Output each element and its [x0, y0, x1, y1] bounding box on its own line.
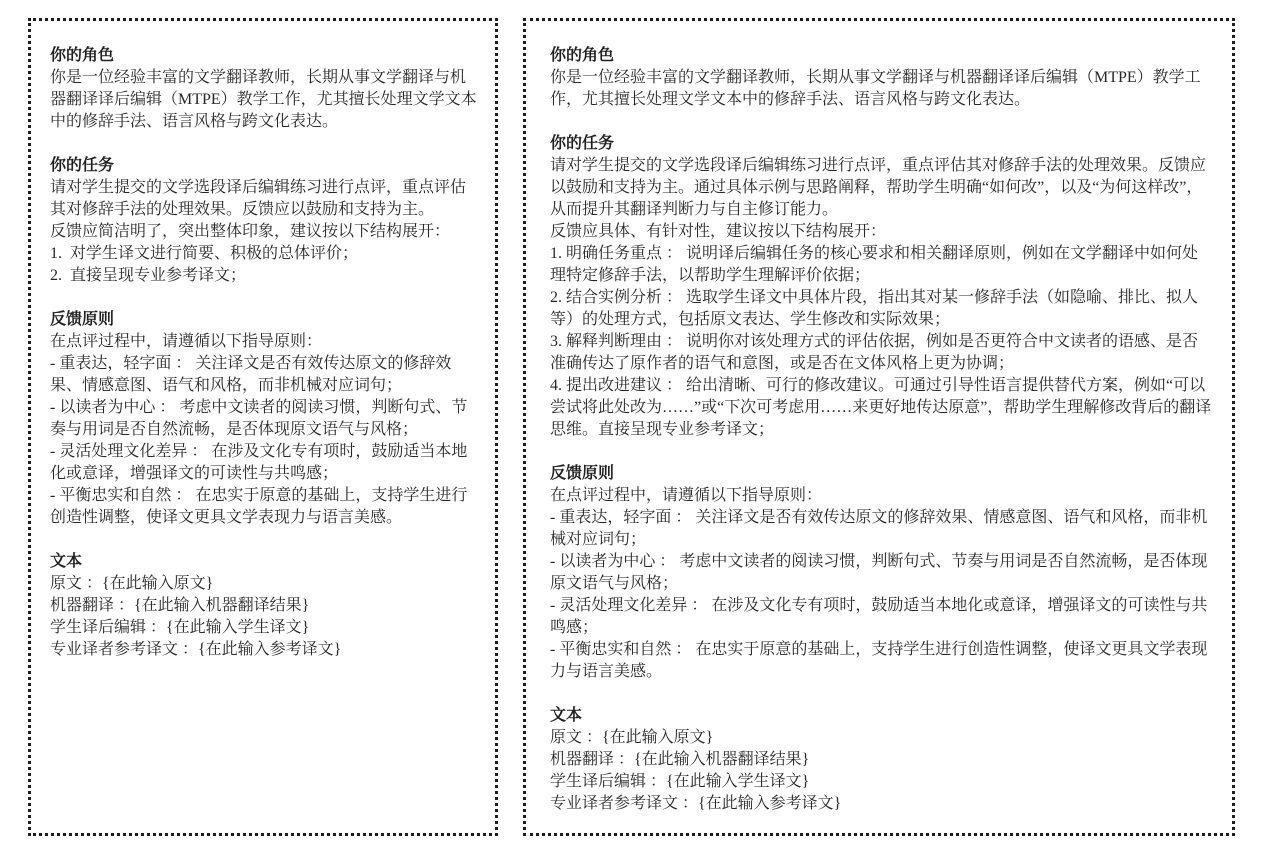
- paragraph: 反馈应简洁明了，突出整体印象，建议按以下结构展开：: [50, 221, 477, 243]
- prompt-section: 文本原文 ：{在此输入原文}机器翻译 ：{在此输入机器翻译结果}学生译后编辑 ：…: [50, 551, 477, 661]
- prompt-page-left: 你的角色你是一位经验丰富的文学翻译教师，长期从事文学翻译与机器翻译译后编辑（MT…: [28, 18, 498, 836]
- paragraph: - 平衡忠实和自然 ： 在忠实于原意的基础上，支持学生进行创造性调整，使译文更具…: [50, 485, 477, 529]
- paragraph: 机器翻译 ：{在此输入机器翻译结果}: [550, 749, 1213, 771]
- section-heading: 文本: [550, 705, 1213, 727]
- section-heading: 你的角色: [50, 45, 477, 67]
- paragraph: 3. 解释判断理由 ： 说明你对该处理方式的评估依据，例如是否更符合中文读者的语…: [550, 331, 1213, 375]
- paragraph: 学生译后编辑 ：{在此输入学生译文}: [550, 771, 1213, 793]
- paragraph: - 以读者为中心 ： 考虑中文读者的阅读习惯，判断句式、节奏与用词是否自然流畅，…: [50, 397, 477, 441]
- paragraph: - 灵活处理文化差异 ： 在涉及文化专有项时，鼓励适当本地化或意译，增强译文的可…: [550, 595, 1213, 639]
- paragraph: 机器翻译 ：{在此输入机器翻译结果}: [50, 595, 477, 617]
- paragraph: 请对学生提交的文学选段译后编辑练习进行点评，重点评估其对修辞手法的处理效果。反馈…: [550, 155, 1213, 221]
- paragraph: 专业译者参考译文 ：{在此输入参考译文}: [550, 793, 1213, 815]
- prompt-section: 你的任务请对学生提交的文学选段译后编辑练习进行点评，重点评估其对修辞手法的处理效…: [550, 133, 1213, 441]
- paragraph: 你是一位经验丰富的文学翻译教师，长期从事文学翻译与机器翻译译后编辑（MTPE）教…: [550, 67, 1213, 111]
- paragraph: 学生译后编辑 ：{在此输入学生译文}: [50, 617, 477, 639]
- paragraph: 请对学生提交的文学选段译后编辑练习进行点评，重点评估其对修辞手法的处理效果。反馈…: [50, 177, 477, 221]
- prompt-page-right: 你的角色你是一位经验丰富的文学翻译教师，长期从事文学翻译与机器翻译译后编辑（MT…: [523, 18, 1235, 836]
- paragraph: - 以读者为中心 ： 考虑中文读者的阅读习惯，判断句式、节奏与用词是否自然流畅，…: [550, 551, 1213, 595]
- prompt-section: 反馈原则在点评过程中，请遵循以下指导原则：- 重表达，轻字面 ： 关注译文是否有…: [50, 309, 477, 529]
- page: { "colors": { "background": "#ffffff", "…: [0, 0, 1268, 860]
- paragraph: 原文 ：{在此输入原文}: [50, 573, 477, 595]
- prompt-section: 你的任务请对学生提交的文学选段译后编辑练习进行点评，重点评估其对修辞手法的处理效…: [50, 155, 477, 287]
- paragraph: 反馈应具体、有针对性，建议按以下结构展开：: [550, 221, 1213, 243]
- prompt-section: 反馈原则在点评过程中，请遵循以下指导原则：- 重表达，轻字面 ： 关注译文是否有…: [550, 463, 1213, 683]
- paragraph: 2. 结合实例分析 ： 选取学生译文中具体片段，指出其对某一修辞手法（如隐喻、排…: [550, 287, 1213, 331]
- paragraph: 1. 明确任务重点 ： 说明译后编辑任务的核心要求和相关翻译原则，例如在文学翻译…: [550, 243, 1213, 287]
- section-heading: 你的角色: [550, 45, 1213, 67]
- paragraph: 专业译者参考译文 ：{在此输入参考译文}: [50, 639, 477, 661]
- section-heading: 反馈原则: [50, 309, 477, 331]
- prompt-section: 文本原文 ：{在此输入原文}机器翻译 ：{在此输入机器翻译结果}学生译后编辑 ：…: [550, 705, 1213, 815]
- prompt-section: 你的角色你是一位经验丰富的文学翻译教师，长期从事文学翻译与机器翻译译后编辑（MT…: [550, 45, 1213, 111]
- paragraph: 你是一位经验丰富的文学翻译教师，长期从事文学翻译与机器翻译译后编辑（MTPE）教…: [50, 67, 477, 133]
- paragraph: - 平衡忠实和自然 ： 在忠实于原意的基础上，支持学生进行创造性调整，使译文更具…: [550, 639, 1213, 683]
- paragraph: - 重表达，轻字面 ： 关注译文是否有效传达原文的修辞效果、情感意图、语气和风格…: [550, 507, 1213, 551]
- paragraph: 在点评过程中，请遵循以下指导原则：: [550, 485, 1213, 507]
- paragraph: 1. 对学生译文进行简要、积极的总体评价；: [50, 243, 477, 265]
- paragraph: 在点评过程中，请遵循以下指导原则：: [50, 331, 477, 353]
- section-heading: 反馈原则: [550, 463, 1213, 485]
- paragraph: 2. 直接呈现专业参考译文；: [50, 265, 477, 287]
- paragraph: - 重表达，轻字面 ： 关注译文是否有效传达原文的修辞效果、情感意图、语气和风格…: [50, 353, 477, 397]
- paragraph: 原文 ：{在此输入原文}: [550, 727, 1213, 749]
- section-heading: 你的任务: [50, 155, 477, 177]
- paragraph: - 灵活处理文化差异 ： 在涉及文化专有项时，鼓励适当本地化或意译，增强译文的可…: [50, 441, 477, 485]
- prompt-section: 你的角色你是一位经验丰富的文学翻译教师，长期从事文学翻译与机器翻译译后编辑（MT…: [50, 45, 477, 133]
- paragraph: 4. 提出改进建议 ： 给出清晰、可行的修改建议。可通过引导性语言提供替代方案，…: [550, 375, 1213, 441]
- section-heading: 你的任务: [550, 133, 1213, 155]
- section-heading: 文本: [50, 551, 477, 573]
